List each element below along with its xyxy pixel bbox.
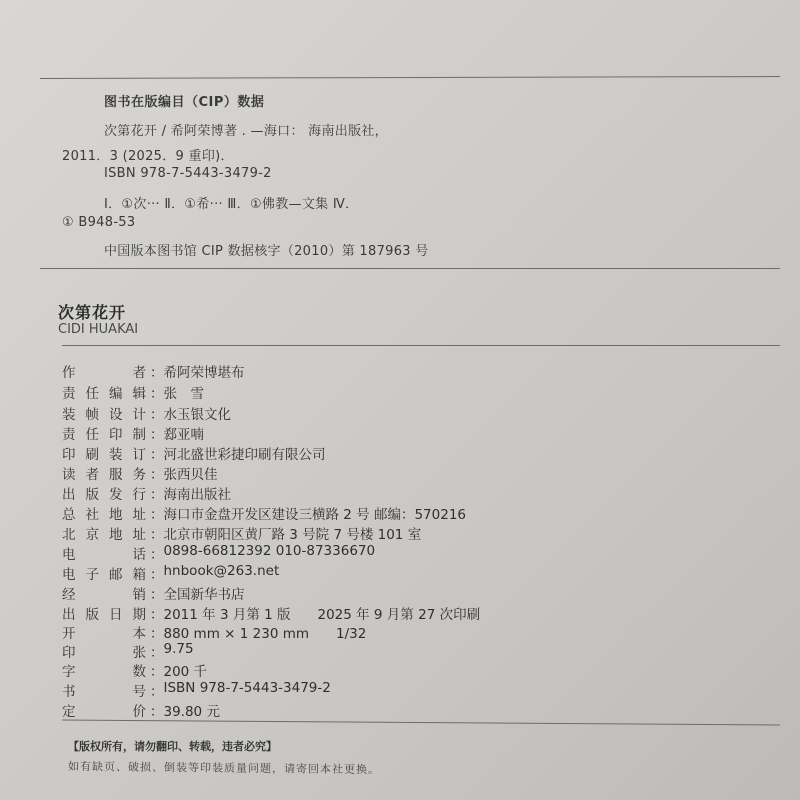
- detail-label: 责任印制: [62, 423, 146, 443]
- detail-value: 水玉银文化: [164, 403, 232, 423]
- detail-label: 责任编辑: [62, 382, 146, 402]
- detail-label: 电 话: [62, 543, 146, 563]
- detail-value: 张西贝佳: [164, 463, 218, 483]
- detail-value: 2011 年 3 月第 1 版 2025 年 9 月第 27 次印刷: [164, 603, 481, 623]
- detail-value: 希阿荣博堪布: [164, 361, 245, 381]
- detail-label: 印刷装订: [62, 443, 146, 463]
- detail-value: 39.80 元: [164, 700, 220, 720]
- detail-label: 装帧设计: [62, 403, 146, 423]
- cip-title: 图书在版编目（CIP）数据: [104, 91, 264, 110]
- cip-line-isbn: ISBN 978-7-5443-3479-2: [104, 166, 272, 181]
- detail-value: 河北盛世彩捷印刷有限公司: [164, 443, 326, 463]
- detail-value: ISBN 978-7-5443-3479-2: [164, 680, 331, 700]
- detail-row-editor: 责任编辑： 张 雪: [62, 382, 204, 402]
- book-pinyin-title: CIDI HUAKAI: [58, 322, 138, 337]
- detail-label: 书 号: [62, 680, 146, 700]
- detail-row-format: 开 本： 880 mm × 1 230 mm 1/32: [62, 622, 366, 642]
- detail-value: 北京市朝阳区黄厂路 3 号院 7 号楼 101 室: [164, 523, 422, 543]
- detail-row-word-count: 字 数： 200 千: [62, 660, 207, 680]
- title-divider: [62, 345, 780, 346]
- cip-line-1: 次第花开 / 希阿荣博著 . —海口： 海南出版社，: [104, 120, 388, 139]
- detail-row-hq-address: 总社地址： 海口市金盘开发区建设三横路 2 号 邮编：570216: [62, 503, 466, 523]
- detail-row-email: 电子邮箱： hnbook@263.net: [62, 563, 279, 583]
- detail-row-sheets: 印 张： 9.75: [62, 641, 194, 661]
- detail-row-phone: 电 话： 0898-66812392 010-87336670: [62, 543, 375, 563]
- detail-value: 9.75: [164, 641, 194, 661]
- detail-label: 北京地址: [62, 523, 146, 543]
- detail-label: 印 张: [62, 641, 146, 661]
- detail-row-printer: 印刷装订： 河北盛世彩捷印刷有限公司: [62, 443, 326, 463]
- detail-value: 海南出版社: [164, 483, 232, 503]
- detail-value: 0898-66812392 010-87336670: [164, 543, 376, 563]
- cip-line-classification: Ⅰ．①次··· Ⅱ．①希··· Ⅲ．①佛教—文集 Ⅳ．: [104, 193, 358, 212]
- detail-row-publisher: 出版发行： 海南出版社: [62, 483, 231, 503]
- detail-value: 海口市金盘开发区建设三横路 2 号 邮编：570216: [164, 503, 467, 523]
- detail-value: hnbook@263.net: [164, 563, 280, 583]
- detail-row-publish-date: 出版日期： 2011 年 3 月第 1 版 2025 年 9 月第 27 次印刷: [62, 603, 480, 623]
- book-title: 次第花开: [58, 300, 126, 323]
- detail-row-isbn: 书 号： ISBN 978-7-5443-3479-2: [62, 680, 331, 700]
- cip-line-approval: 中国版本图书馆 CIP 数据核字（2010）第 187963 号: [104, 240, 429, 259]
- detail-value: 张 雪: [164, 382, 205, 402]
- detail-row-beijing-address: 北京地址： 北京市朝阳区黄厂路 3 号院 7 号楼 101 室: [62, 523, 421, 543]
- detail-row-author: 作 者： 希阿荣博堪布: [62, 361, 245, 381]
- detail-label: 经 销: [62, 583, 146, 603]
- detail-label: 电子邮箱: [62, 563, 146, 583]
- detail-label: 出版发行: [62, 483, 146, 503]
- cip-line-class-number: ① B948-53: [62, 215, 135, 230]
- detail-label: 读者服务: [62, 463, 146, 483]
- detail-row-price: 定 价： 39.80 元: [62, 700, 220, 720]
- detail-label: 定 价: [62, 700, 146, 720]
- detail-row-print-supervisor: 责任印制： 郄亚喃: [62, 423, 204, 443]
- detail-label: 开 本: [62, 622, 146, 642]
- copyright-page: 图书在版编目（CIP）数据 次第花开 / 希阿荣博著 . —海口： 海南出版社，…: [0, 0, 800, 800]
- cip-line-2: 2011．3 (2025．9 重印)．: [62, 145, 234, 164]
- detail-row-reader-service: 读者服务： 张西贝佳: [62, 463, 218, 483]
- detail-label: 出版日期: [62, 603, 146, 623]
- detail-label: 作 者: [62, 361, 146, 381]
- notice-divider: [62, 719, 780, 725]
- detail-row-design: 装帧设计： 水玉银文化: [62, 403, 231, 423]
- detail-value: 全国新华书店: [164, 583, 245, 603]
- top-divider: [40, 76, 780, 79]
- detail-value: 200 千: [164, 660, 208, 680]
- cip-bottom-divider: [40, 268, 780, 269]
- detail-label: 字 数: [62, 660, 146, 680]
- detail-value: 880 mm × 1 230 mm 1/32: [164, 622, 367, 642]
- detail-label: 总社地址: [62, 503, 146, 523]
- detail-row-distributor: 经 销： 全国新华书店: [62, 583, 245, 603]
- quality-notice: 如有缺页、破损、倒装等印装质量问题，请寄回本社更换。: [68, 758, 380, 777]
- detail-value: 郄亚喃: [164, 423, 205, 443]
- copyright-notice: 【版权所有，请勿翻印、转载，违者必究】: [68, 738, 277, 754]
